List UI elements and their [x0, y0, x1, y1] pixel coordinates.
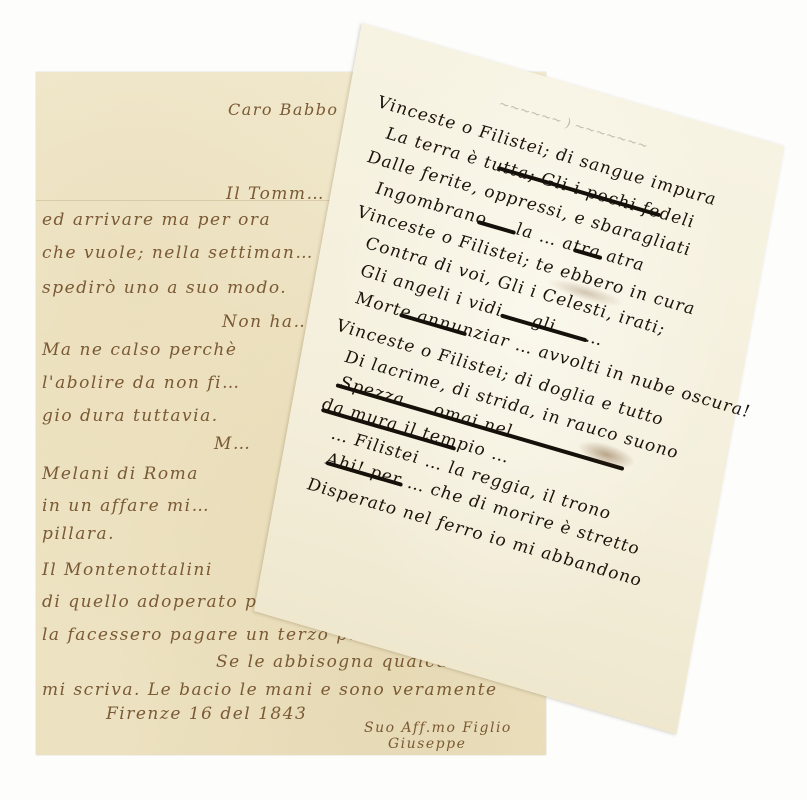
letter-line: Il Tomm…: [226, 184, 325, 204]
letter-closing: Suo Aff.mo Figlio: [364, 720, 512, 736]
letter-line: mi scriva. Le bacio le mani e sono veram…: [42, 680, 498, 700]
letter-line: Il Montenottalini: [42, 560, 213, 580]
letter-line: di quello adoperato p…: [42, 592, 276, 612]
letter-line: Non ha…: [222, 312, 312, 332]
photograph: Caro Babbo Il Tomm… ed arrivare ma per o…: [0, 0, 807, 800]
letter-line: spedirò uno a suo modo.: [42, 278, 287, 298]
letter-signature: Giuseppe: [388, 736, 466, 752]
letter-line: l'abolire da non fi…: [42, 373, 241, 393]
letter-line: che vuole; nella settiman…: [42, 243, 314, 263]
letter-line: gio dura tuttavia.: [42, 406, 219, 426]
letter-salutation: Caro Babbo: [228, 100, 339, 119]
letter-line: in un affare mi…: [42, 496, 210, 516]
letter-line: M…: [214, 434, 251, 454]
letter-line: ed arrivare ma per ora: [42, 210, 271, 230]
letter-line: Melani di Roma: [42, 464, 199, 484]
letter-date: Firenze 16 del 1843: [106, 704, 307, 724]
letter-line: Ma ne calso perchè: [42, 340, 237, 360]
letter-line: pillara.: [42, 524, 115, 544]
